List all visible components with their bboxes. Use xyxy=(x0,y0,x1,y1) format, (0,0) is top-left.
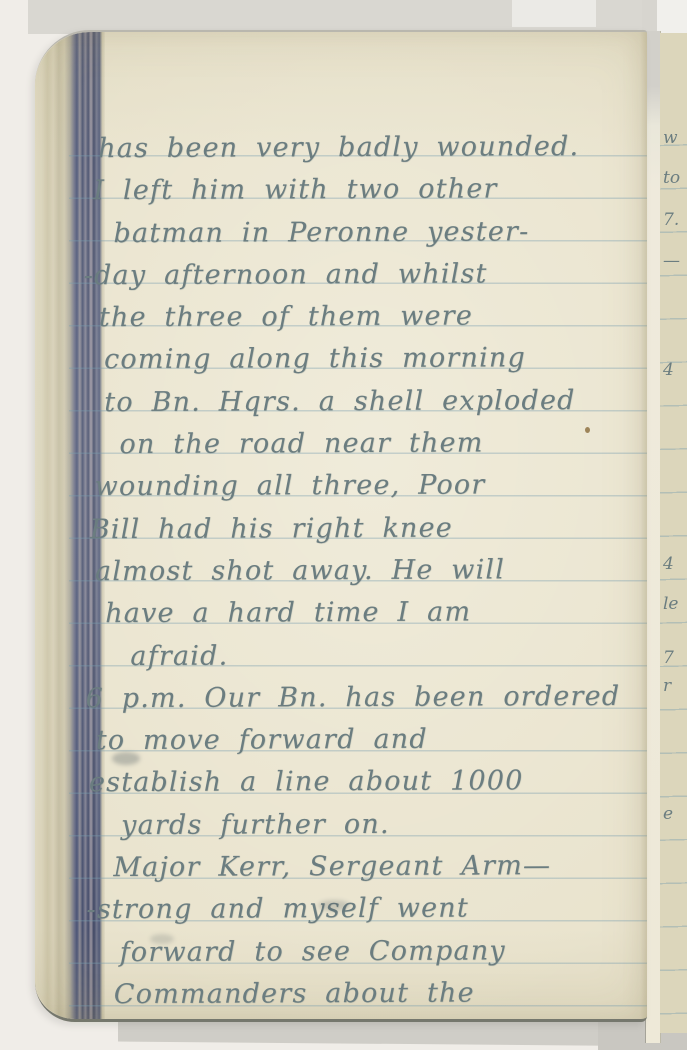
handwriting-line: establish a line about 1000 xyxy=(89,760,647,805)
handwriting-line: almost shot away. He will xyxy=(95,549,647,594)
handwriting-line: Major Kerr, Sergeant Arm— xyxy=(113,845,647,890)
stain-mark xyxy=(585,427,590,433)
handwriting-line: on the road near them xyxy=(119,422,647,467)
handwritten-entry: has been very badly wounded. I left him … xyxy=(81,126,647,1017)
adjacent-page-fragment: 7 xyxy=(663,648,674,668)
handwriting-line: Commanders about the xyxy=(114,972,647,1017)
scan-top-right-highlight xyxy=(657,0,687,33)
scanned-notebook-photo: w to 7. — 4 4 le 7 r e has been very bad… xyxy=(0,0,687,1050)
adjacent-page-fragment: 4 xyxy=(663,360,674,380)
adjacent-page-fragment: r xyxy=(663,676,671,696)
handwriting-line: 6 p.m. Our Bn. has been ordered xyxy=(85,676,647,721)
handwriting-line: -day afternoon and whilst xyxy=(84,253,647,298)
handwriting-line: have a hard time I am xyxy=(105,591,647,636)
notebook-page: has been very badly wounded. I left him … xyxy=(35,30,647,1022)
adjacent-page-fragment: e xyxy=(663,804,673,824)
scan-top-highlight xyxy=(512,0,596,27)
handwriting-line: batman in Peronne yester- xyxy=(113,210,647,255)
handwriting-line: to Bn. Hqrs. a shell exploded xyxy=(104,380,647,425)
handwriting-line: I left him with two other xyxy=(93,168,647,213)
handwriting-line: Bill had his right knee xyxy=(90,506,647,551)
adjacent-page-strip: w to 7. — 4 4 le 7 r e xyxy=(660,33,687,1033)
handwriting-line: to move forward and xyxy=(96,718,647,763)
adjacent-page-fragment: 7. xyxy=(663,210,679,230)
smudge-mark xyxy=(112,752,140,765)
handwriting-line: wounding all three, Poor xyxy=(95,464,647,509)
handwriting-line: yards further on. xyxy=(121,803,647,848)
adjacent-page-fragment: le xyxy=(663,594,679,614)
smudge-mark xyxy=(150,934,174,944)
adjacent-page-fragment: 4 xyxy=(663,554,674,574)
smudge-mark xyxy=(318,900,350,911)
handwriting-line: afraid. xyxy=(130,633,647,678)
handwriting-line: coming along this morning xyxy=(104,337,647,382)
page-gutter-ridge xyxy=(645,31,661,1043)
adjacent-page-fragment: to xyxy=(663,168,680,188)
adjacent-page-fragment: — xyxy=(663,251,680,271)
handwriting-line: forward to see Company xyxy=(120,929,647,974)
handwriting-line: the three of them were xyxy=(99,295,647,340)
adjacent-page-fragment: w xyxy=(663,128,678,148)
handwriting-line: -strong and myself went xyxy=(86,887,647,932)
handwriting-line: has been very badly wounded. xyxy=(98,126,647,171)
